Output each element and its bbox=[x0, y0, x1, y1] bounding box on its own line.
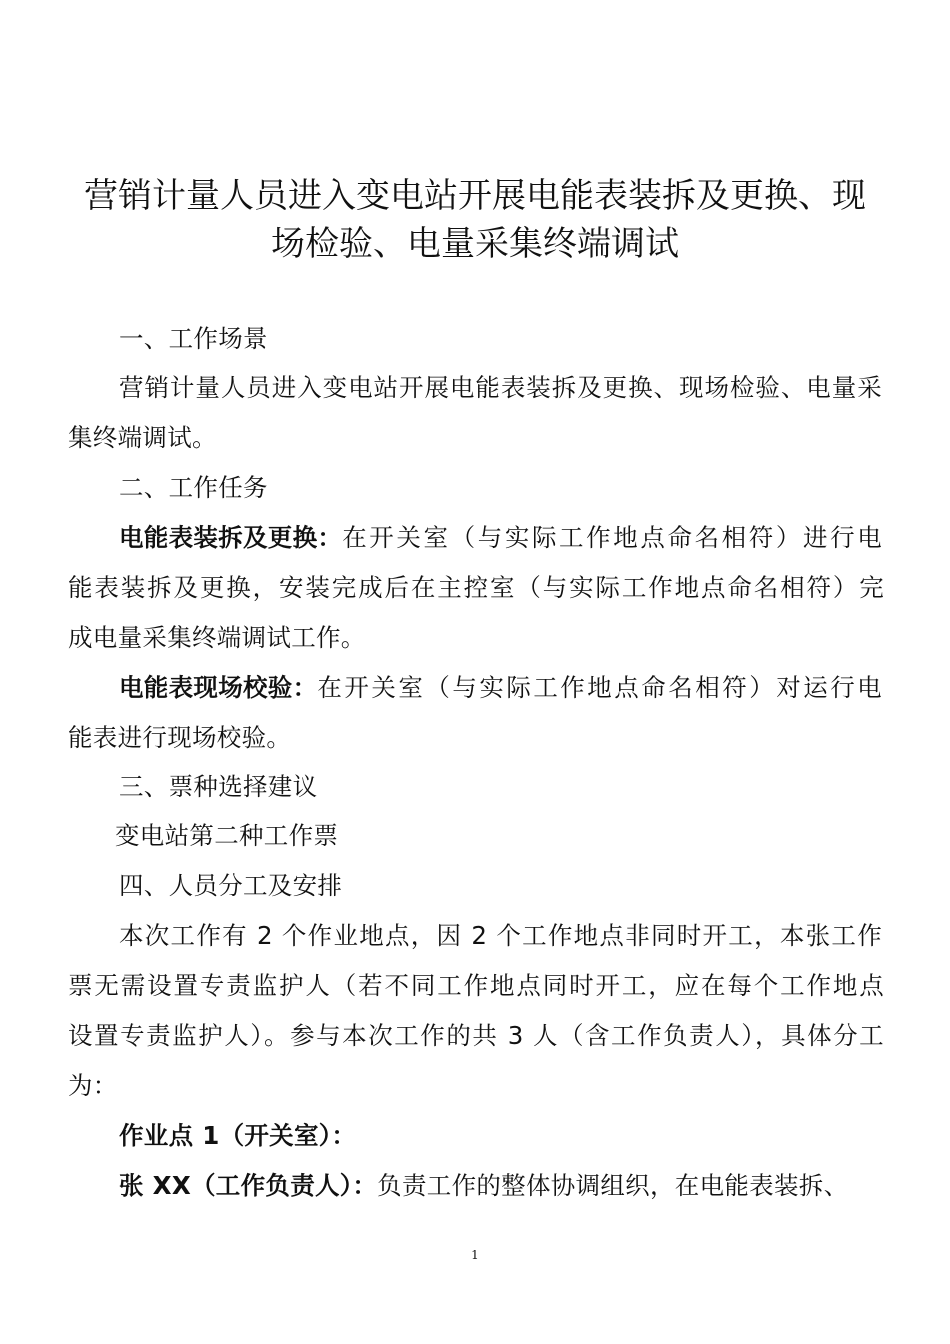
person-label: 张 XX（工作负责人）： bbox=[119, 1171, 377, 1200]
section-heading-work-scene: 一、工作场景 bbox=[119, 324, 935, 354]
section-heading-work-tasks: 二、工作任务 bbox=[119, 473, 935, 503]
paragraph-line: 集终端调试。 bbox=[68, 423, 884, 453]
task-text: 在开关室（与实际工作地点命名相符）进行电 bbox=[342, 523, 882, 553]
task-text: 在开关室（与实际工作地点命名相符）对运行电 bbox=[317, 673, 882, 703]
task-label: 电能表现场校验： bbox=[119, 673, 317, 703]
title-line-1: 营销计量人员进入变电站开展电能表装拆及更换、现 bbox=[60, 172, 890, 220]
task-label: 电能表装拆及更换： bbox=[119, 523, 342, 553]
work-site-1-heading: 作业点 1（开关室）： bbox=[119, 1121, 935, 1151]
paragraph-line: 能表装拆及更换，安装完成后在主控室（与实际工作地点命名相符）完 bbox=[68, 573, 884, 603]
paragraph-line: 设置专责监护人）。参与本次工作的共 3 人（含工作负责人），具体分工 bbox=[68, 1021, 884, 1051]
title-line-2: 场检验、电量采集终端调试 bbox=[60, 220, 890, 268]
page-number: 1 bbox=[0, 1248, 950, 1262]
paragraph-line: 为： bbox=[68, 1071, 884, 1101]
paragraph-line: 本次工作有 2 个作业地点，因 2 个工作地点非同时开工，本张工作 bbox=[119, 921, 882, 951]
paragraph-line: 能表进行现场校验。 bbox=[68, 723, 884, 753]
section-heading-staffing: 四、人员分工及安排 bbox=[119, 871, 935, 901]
task-onsite-verification: 电能表现场校验： 在开关室（与实际工作地点命名相符）对运行电 bbox=[119, 673, 882, 703]
person-1-duty: 张 XX（工作负责人）：负责工作的整体协调组织，在电能表装拆、 bbox=[119, 1171, 935, 1201]
document-title: 营销计量人员进入变电站开展电能表装拆及更换、现 场检验、电量采集终端调试 bbox=[60, 172, 890, 268]
person-duty-text: 负责工作的整体协调组织，在电能表装拆、 bbox=[377, 1171, 848, 1200]
paragraph-line: 票无需设置专责监护人（若不同工作地点同时开工，应在每个工作地点 bbox=[68, 971, 884, 1001]
section-heading-ticket-type: 三、票种选择建议 bbox=[119, 772, 935, 802]
document-page: 营销计量人员进入变电站开展电能表装拆及更换、现 场检验、电量采集终端调试 一、工… bbox=[0, 0, 950, 1344]
task-replace-meter: 电能表装拆及更换： 在开关室（与实际工作地点命名相符）进行电 bbox=[119, 523, 882, 553]
paragraph-line: 成电量采集终端调试工作。 bbox=[68, 623, 884, 653]
paragraph-line: 营销计量人员进入变电站开展电能表装拆及更换、现场检验、电量采 bbox=[119, 373, 882, 403]
ticket-type-value: 变电站第二种工作票 bbox=[115, 821, 931, 851]
